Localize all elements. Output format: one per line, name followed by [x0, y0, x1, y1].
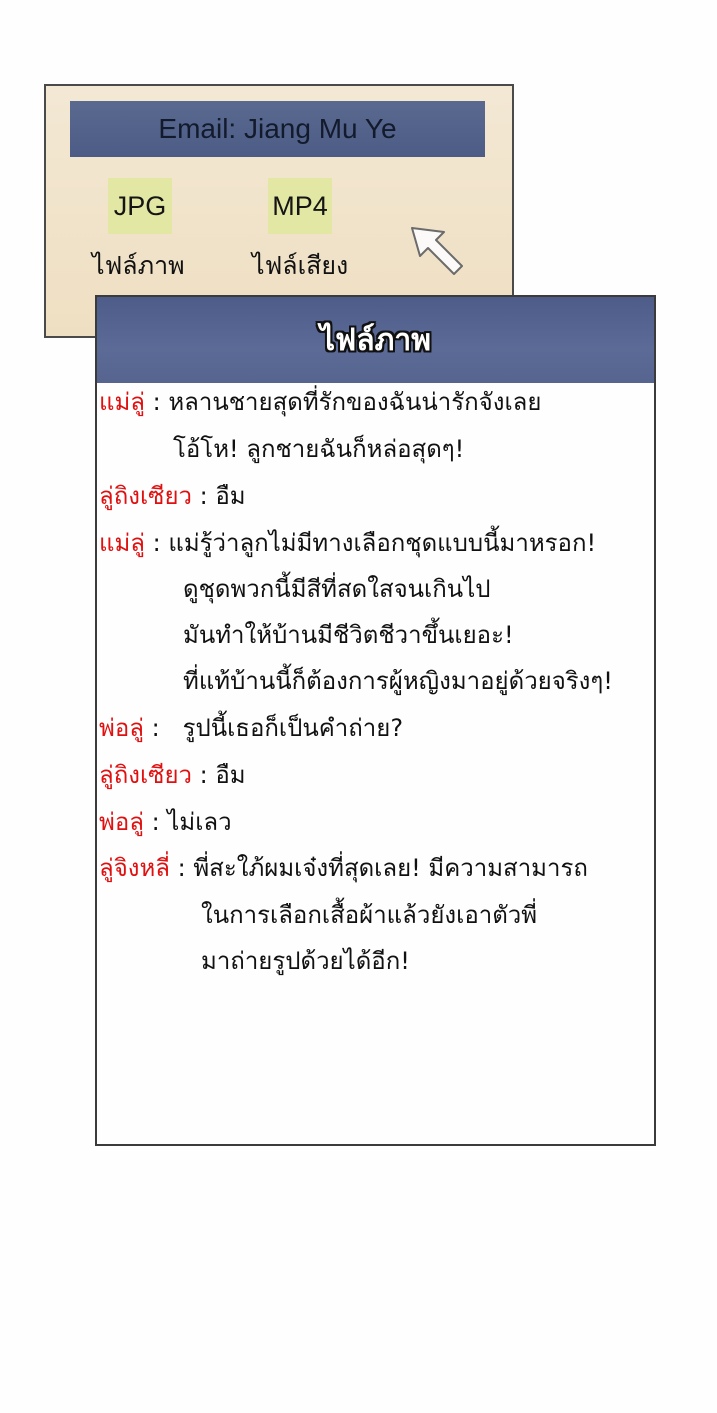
speaker-name: แม่ลู่: [99, 529, 145, 557]
chat-line: มาถ่ายรูปด้วยได้อีก!: [201, 946, 410, 976]
image-file-dialog: ไฟล์ภาพ แม่ลู่ : หลานชายสุดที่รักของฉันน…: [95, 295, 656, 1146]
speaker-name: พ่อลู่: [99, 714, 144, 742]
speaker-name: ลู่จิงหลี่: [99, 854, 170, 882]
email-title-bar: Email: Jiang Mu Ye: [70, 101, 485, 157]
separator: :: [145, 529, 168, 557]
separator: :: [145, 388, 168, 416]
message-text: มันทำให้บ้านมีชีวิตชีวาขึ้นเยอะ!: [183, 621, 514, 649]
chat-line: แม่ลู่ : แม่รู้ว่าลูกไม่มีทางเลือกชุดแบบ…: [99, 528, 596, 558]
message-text: อืม: [215, 761, 245, 789]
dialog-title: ไฟล์ภาพ: [320, 317, 431, 364]
chat-line: โอ้โห! ลูกชายฉันก็หล่อสุดๆ!: [173, 434, 464, 464]
message-text: แม่รู้ว่าลูกไม่มีทางเลือกชุดแบบนี้มาหรอก…: [168, 529, 596, 557]
separator: :: [170, 854, 193, 882]
chat-line: มันทำให้บ้านมีชีวิตชีวาขึ้นเยอะ!: [183, 620, 514, 650]
chat-line: ในการเลือกเสื้อผ้าแล้วยังเอาตัวพี่: [201, 900, 537, 930]
chat-line: แม่ลู่ : หลานชายสุดที่รักของฉันน่ารักจัง…: [99, 387, 541, 417]
speaker-name: แม่ลู่: [99, 388, 145, 416]
speaker-name: ลู่ถิงเซียว: [99, 761, 192, 789]
separator: :: [192, 761, 215, 789]
audio-file-label: ไฟล์เสียง: [252, 246, 348, 286]
message-text: หลานชายสุดที่รักของฉันน่ารักจังเลย: [168, 388, 541, 416]
email-title: Email: Jiang Mu Ye: [158, 113, 396, 145]
dialog-header: ไฟล์ภาพ: [97, 297, 654, 383]
separator: :: [144, 808, 167, 836]
message-text: พี่สะใภ้ผมเจ๋งที่สุดเลย! มีความสามารถ: [193, 854, 588, 882]
image-file-label: ไฟล์ภาพ: [92, 246, 185, 286]
separator: :: [144, 714, 183, 742]
message-text: รูปนี้เธอก็เป็นคำถ่าย?: [183, 714, 404, 742]
speaker-name: ลู่ถิงเซียว: [99, 482, 192, 510]
speaker-name: พ่อลู่: [99, 808, 144, 836]
message-text: ดูชุดพวกนี้มีสีที่สดใสจนเกินไป: [183, 575, 491, 603]
message-text: โอ้โห! ลูกชายฉันก็หล่อสุดๆ!: [173, 435, 464, 463]
chat-line: ดูชุดพวกนี้มีสีที่สดใสจนเกินไป: [183, 574, 491, 604]
chat-line: พ่อลู่ : ไม่เลว: [99, 807, 232, 837]
message-text: อืม: [215, 482, 245, 510]
separator: :: [192, 482, 215, 510]
chat-line: พ่อลู่ : รูปนี้เธอก็เป็นคำถ่าย?: [99, 713, 403, 743]
chat-line: ลู่ถิงเซียว : อืม: [99, 481, 246, 511]
message-text: มาถ่ายรูปด้วยได้อีก!: [201, 947, 410, 975]
jpg-file-button[interactable]: JPG: [108, 178, 172, 234]
mp4-file-button[interactable]: MP4: [268, 178, 332, 234]
chat-line: ลู่จิงหลี่ : พี่สะใภ้ผมเจ๋งที่สุดเลย! มี…: [99, 853, 588, 883]
message-text: ในการเลือกเสื้อผ้าแล้วยังเอาตัวพี่: [201, 901, 537, 929]
message-text: ไม่เลว: [167, 808, 231, 836]
chat-line: ลู่ถิงเซียว : อืม: [99, 760, 246, 790]
message-text: ที่แท้บ้านนี้ก็ต้องการผู้หญิงมาอยู่ด้วยจ…: [183, 667, 613, 695]
arrow-cursor-icon: [408, 224, 468, 280]
chat-line: ที่แท้บ้านนี้ก็ต้องการผู้หญิงมาอยู่ด้วยจ…: [183, 666, 613, 696]
